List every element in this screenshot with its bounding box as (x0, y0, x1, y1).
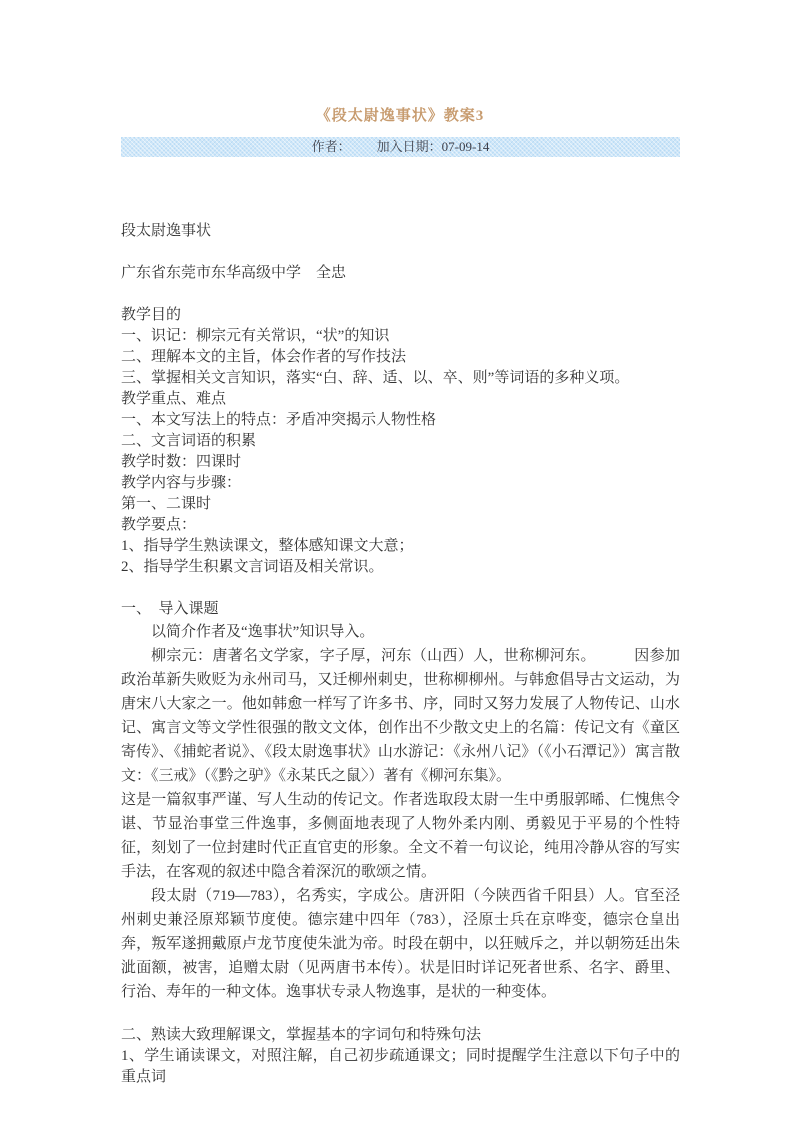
document-page: 《段太尉逸事状》教案3 作者：加入日期：07-09-14 段太尉逸事状广东省东莞… (0, 0, 800, 1132)
paragraph: 教学时数：四课时 (121, 452, 680, 473)
date-label: 加入日期： (377, 139, 442, 154)
paragraph: 以简介作者及“逸事状”知识导入。 (121, 620, 680, 644)
paragraph: 教学内容与步骤： (121, 473, 680, 494)
date-value: 07-09-14 (442, 139, 490, 154)
paragraph: 二、文言词语的积累 (121, 431, 680, 452)
paragraph: 教学重点、难点 (121, 389, 680, 410)
paragraph: 柳宗元：唐著名文学家，字子厚，河东（山西）人，世称柳河东。 因参加政治革新失败贬… (121, 644, 680, 788)
paragraph: 这是一篇叙事严谨、写人生动的传记文。作者选取段太尉一生中勇服郭晞、仁愧焦令谌、节… (121, 788, 680, 884)
paragraph: 广东省东莞市东华高级中学 全忠 (121, 263, 680, 284)
paragraph: 第一、二课时 (121, 494, 680, 515)
paragraph: 三、掌握相关文言知识，落实“白、辞、适、以、卒、则”等词语的多种义项。 (121, 368, 680, 389)
paragraph: 一、 导入课题 (121, 599, 680, 620)
document-body: 段太尉逸事状广东省东莞市东华高级中学 全忠教学目的一、识记：柳宗元有关常识，“状… (121, 221, 680, 1088)
paragraph: 一、识记：柳宗元有关常识，“状”的知识 (121, 326, 680, 347)
author-label: 作者： (312, 139, 351, 154)
paragraph: 段太尉逸事状 (121, 221, 680, 242)
meta-bar: 作者：加入日期：07-09-14 (121, 137, 680, 157)
paragraph: 一、本文写法上的特点：矛盾冲突揭示人物性格 (121, 410, 680, 431)
page-title: 《段太尉逸事状》教案3 (0, 0, 800, 125)
paragraph: 二、理解本文的主旨，体会作者的写作技法 (121, 347, 680, 368)
paragraph: 2、指导学生积累文言词语及相关常识。 (121, 557, 680, 578)
paragraph: 二、熟读大致理解课文，掌握基本的字词句和特殊句法 (121, 1025, 680, 1046)
paragraph: 教学目的 (121, 305, 680, 326)
paragraph: 1、指导学生熟读课文，整体感知课文大意； (121, 536, 680, 557)
paragraph: 1、学生诵读课文，对照注解，自己初步疏通课文；同时提醒学生注意以下句子中的重点词 (121, 1046, 680, 1088)
paragraph: 段太尉（719—783），名秀实，字成公。唐汧阳（今陕西省千阳县）人。官至泾州刺… (121, 884, 680, 1004)
paragraph: 教学要点： (121, 515, 680, 536)
